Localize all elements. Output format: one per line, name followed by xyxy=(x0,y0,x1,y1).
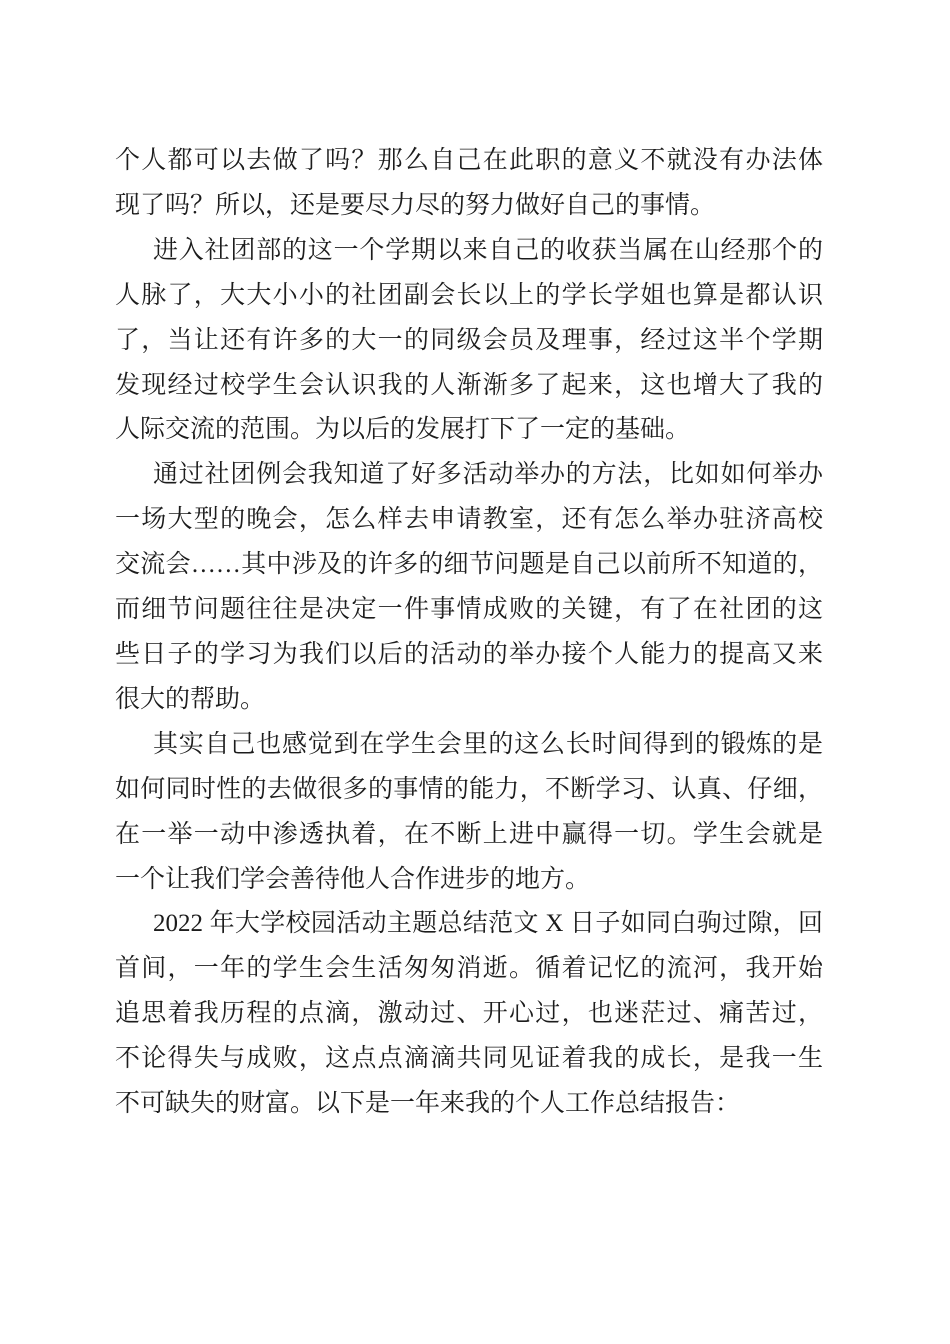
text-line: 些日子的学习为我们以后的活动的举办接个人能力的提高又来 xyxy=(115,633,823,678)
text-line: 不可缺失的财富。以下是一年来我的个人工作总结报告： xyxy=(115,1082,823,1127)
text-line: 不论得失与成败，这点点滴滴共同见证着我的成长，是我一生 xyxy=(115,1037,823,1082)
document-page: 个人都可以去做了吗？那么自己在此职的意义不就没有办法体现了吗？所以，还是要尽力尽… xyxy=(0,0,950,1344)
text-line: 了，当让还有许多的大一的同级会员及理事，经过这半个学期 xyxy=(115,319,823,364)
text-line: 发现经过校学生会认识我的人渐渐多了起来，这也增大了我的 xyxy=(115,364,823,409)
text-line: 一场大型的晚会，怎么样去申请教室，还有怎么举办驻济高校 xyxy=(115,498,823,543)
text-line: 2022 年大学校园活动主题总结范文 X 日子如同白驹过隙，回 xyxy=(115,902,823,947)
text-line: 交流会……其中涉及的许多的细节问题是自己以前所不知道的， xyxy=(115,543,823,588)
text-line: 在一举一动中渗透执着，在不断上进中赢得一切。学生会就是 xyxy=(115,813,823,858)
text-line: 人脉了，大大小小的社团副会长以上的学长学姐也算是都认识 xyxy=(115,274,823,319)
text-line: 通过社团例会我知道了好多活动举办的方法，比如如何举办 xyxy=(115,453,823,498)
text-line: 其实自己也感觉到在学生会里的这么长时间得到的锻炼的是 xyxy=(115,723,823,768)
text-line: 个人都可以去做了吗？那么自己在此职的意义不就没有办法体 xyxy=(115,139,823,184)
text-line: 追思着我历程的点滴，激动过、开心过，也迷茫过、痛苦过， xyxy=(115,992,823,1037)
text-line: 如何同时性的去做很多的事情的能力，不断学习、认真、仔细， xyxy=(115,768,823,813)
text-line: 一个让我们学会善待他人合作进步的地方。 xyxy=(115,858,823,903)
document-body: 个人都可以去做了吗？那么自己在此职的意义不就没有办法体现了吗？所以，还是要尽力尽… xyxy=(115,139,823,1127)
text-line: 首间，一年的学生会生活匆匆消逝。循着记忆的流河，我开始 xyxy=(115,947,823,992)
text-line: 现了吗？所以，还是要尽力尽的努力做好自己的事情。 xyxy=(115,184,823,229)
text-line: 而细节问题往往是决定一件事情成败的关键，有了在社团的这 xyxy=(115,588,823,633)
text-line: 很大的帮助。 xyxy=(115,678,823,723)
text-line: 人际交流的范围。为以后的发展打下了一定的基础。 xyxy=(115,408,823,453)
text-line: 进入社团部的这一个学期以来自己的收获当属在山经那个的 xyxy=(115,229,823,274)
